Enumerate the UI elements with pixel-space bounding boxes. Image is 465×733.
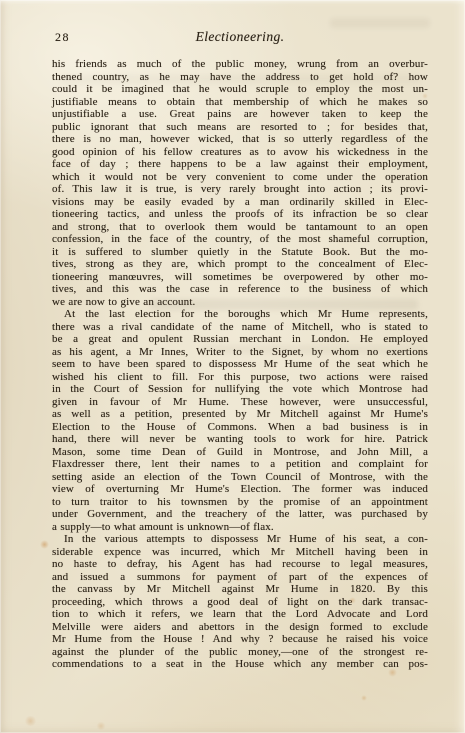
text-line: In the various attempts to dispossess Mr… <box>52 533 428 546</box>
text-line: of. This law it is true, is very rarely … <box>52 183 428 196</box>
text-line: setting aside an election of the Town Co… <box>52 471 428 484</box>
text-line: tives, and this was the case in referenc… <box>52 283 428 296</box>
show-through-smudge <box>330 18 430 28</box>
text-line: tives, strong as they are, which prompt … <box>52 258 428 271</box>
page-header: 28 Electioneering. <box>52 30 428 45</box>
text-line: Election to the House of Commons. When a… <box>52 421 428 434</box>
text-line: siderable expence was incurred, which Mr… <box>52 546 428 559</box>
text-line: we are now to give an account. <box>52 296 428 309</box>
text-line: face of day ; there happens to be a law … <box>52 158 428 171</box>
text-line: given in favour of Mr Hume. These howeve… <box>52 396 428 409</box>
text-line: Mr Hume from the House ! And why ? becau… <box>52 633 428 646</box>
text-line: thened country, as he may have the addre… <box>52 71 428 84</box>
text-line: seem to have been spared to dispossess M… <box>52 358 428 371</box>
foxing-spot <box>96 722 106 730</box>
text-line: as his agent, a Mr Innes, Writer to the … <box>52 346 428 359</box>
text-line: the canvass by Mr Mitchell against Mr Hu… <box>52 583 428 596</box>
text-line: could it be imagined that he would scrup… <box>52 83 428 96</box>
text-line: visions may be easily evaded by a man or… <box>52 196 428 209</box>
text-line: which it would not be very convenient to… <box>52 171 428 184</box>
text-line: commendations to a seat in the House whi… <box>52 658 428 671</box>
text-line: tioneering tactics, and unless the proof… <box>52 208 428 221</box>
paragraph: In the various attempts to dispossess Mr… <box>52 533 428 671</box>
text-line: hand, there will never be wanting tools … <box>52 433 428 446</box>
text-line: Melville were aiders and abettors in the… <box>52 621 428 634</box>
text-line: against the plunder of the public money,… <box>52 646 428 659</box>
text-column: 28 Electioneering. his friends as much o… <box>52 30 428 671</box>
text-line: tioneering manœuvres, will sometimes be … <box>52 271 428 284</box>
paragraph: At the last election for the boroughs wh… <box>52 308 428 533</box>
text-line: be a great and opulent Russian merchant … <box>52 333 428 346</box>
text-line: justifiable means to obtain that members… <box>52 96 428 109</box>
text-line: it is suffered to slumber quietly in the… <box>52 246 428 259</box>
scanned-page: 28 Electioneering. his friends as much o… <box>0 0 465 733</box>
text-line: under Government, and the treachery of t… <box>52 508 428 521</box>
text-line: and strong, that to overlook them would … <box>52 221 428 234</box>
text-line: public ignorant that such means are reso… <box>52 121 428 134</box>
foxing-spot <box>24 716 37 726</box>
text-line: proceeding, which throws a good deal of … <box>52 596 428 609</box>
text-line: no haste to defray, his Agent has had re… <box>52 558 428 571</box>
text-line: unjustifiable a use. Great pains are how… <box>52 108 428 121</box>
text-line: tion to which it refers, we learn that t… <box>52 608 428 621</box>
text-line: as well as a petition, presented by Mr M… <box>52 408 428 421</box>
text-line: view of overturning Mr Hume's Election. … <box>52 483 428 496</box>
running-header: Electioneering. <box>52 29 428 45</box>
text-line: Flaxdresser there, lent their names to a… <box>52 458 428 471</box>
text-line: a supply—to what amount is unknown—of fl… <box>52 521 428 534</box>
text-line: good opinion of his fellow creatures as … <box>52 146 428 159</box>
paragraph: his friends as much of the public money,… <box>52 58 428 308</box>
text-line: there was a rival candidate of the name … <box>52 321 428 334</box>
text-line: his friends as much of the public money,… <box>52 58 428 71</box>
text-line: in the Court of Session for nullifying t… <box>52 383 428 396</box>
body-text: his friends as much of the public money,… <box>52 58 428 671</box>
text-line: At the last election for the boroughs wh… <box>52 308 428 321</box>
foxing-spot <box>361 695 367 701</box>
text-line: and issued a summons for payment of part… <box>52 571 428 584</box>
text-line: to turn traitor to his townsmen by the p… <box>52 496 428 509</box>
text-line: there is no man, however wicked, that is… <box>52 133 428 146</box>
foxing-spot <box>40 540 49 549</box>
text-line: confession, in the face of the country, … <box>52 233 428 246</box>
text-line: Mason, some time Dean of Guild in Montro… <box>52 446 428 459</box>
text-line: wished his client to fill. For this purp… <box>52 371 428 384</box>
